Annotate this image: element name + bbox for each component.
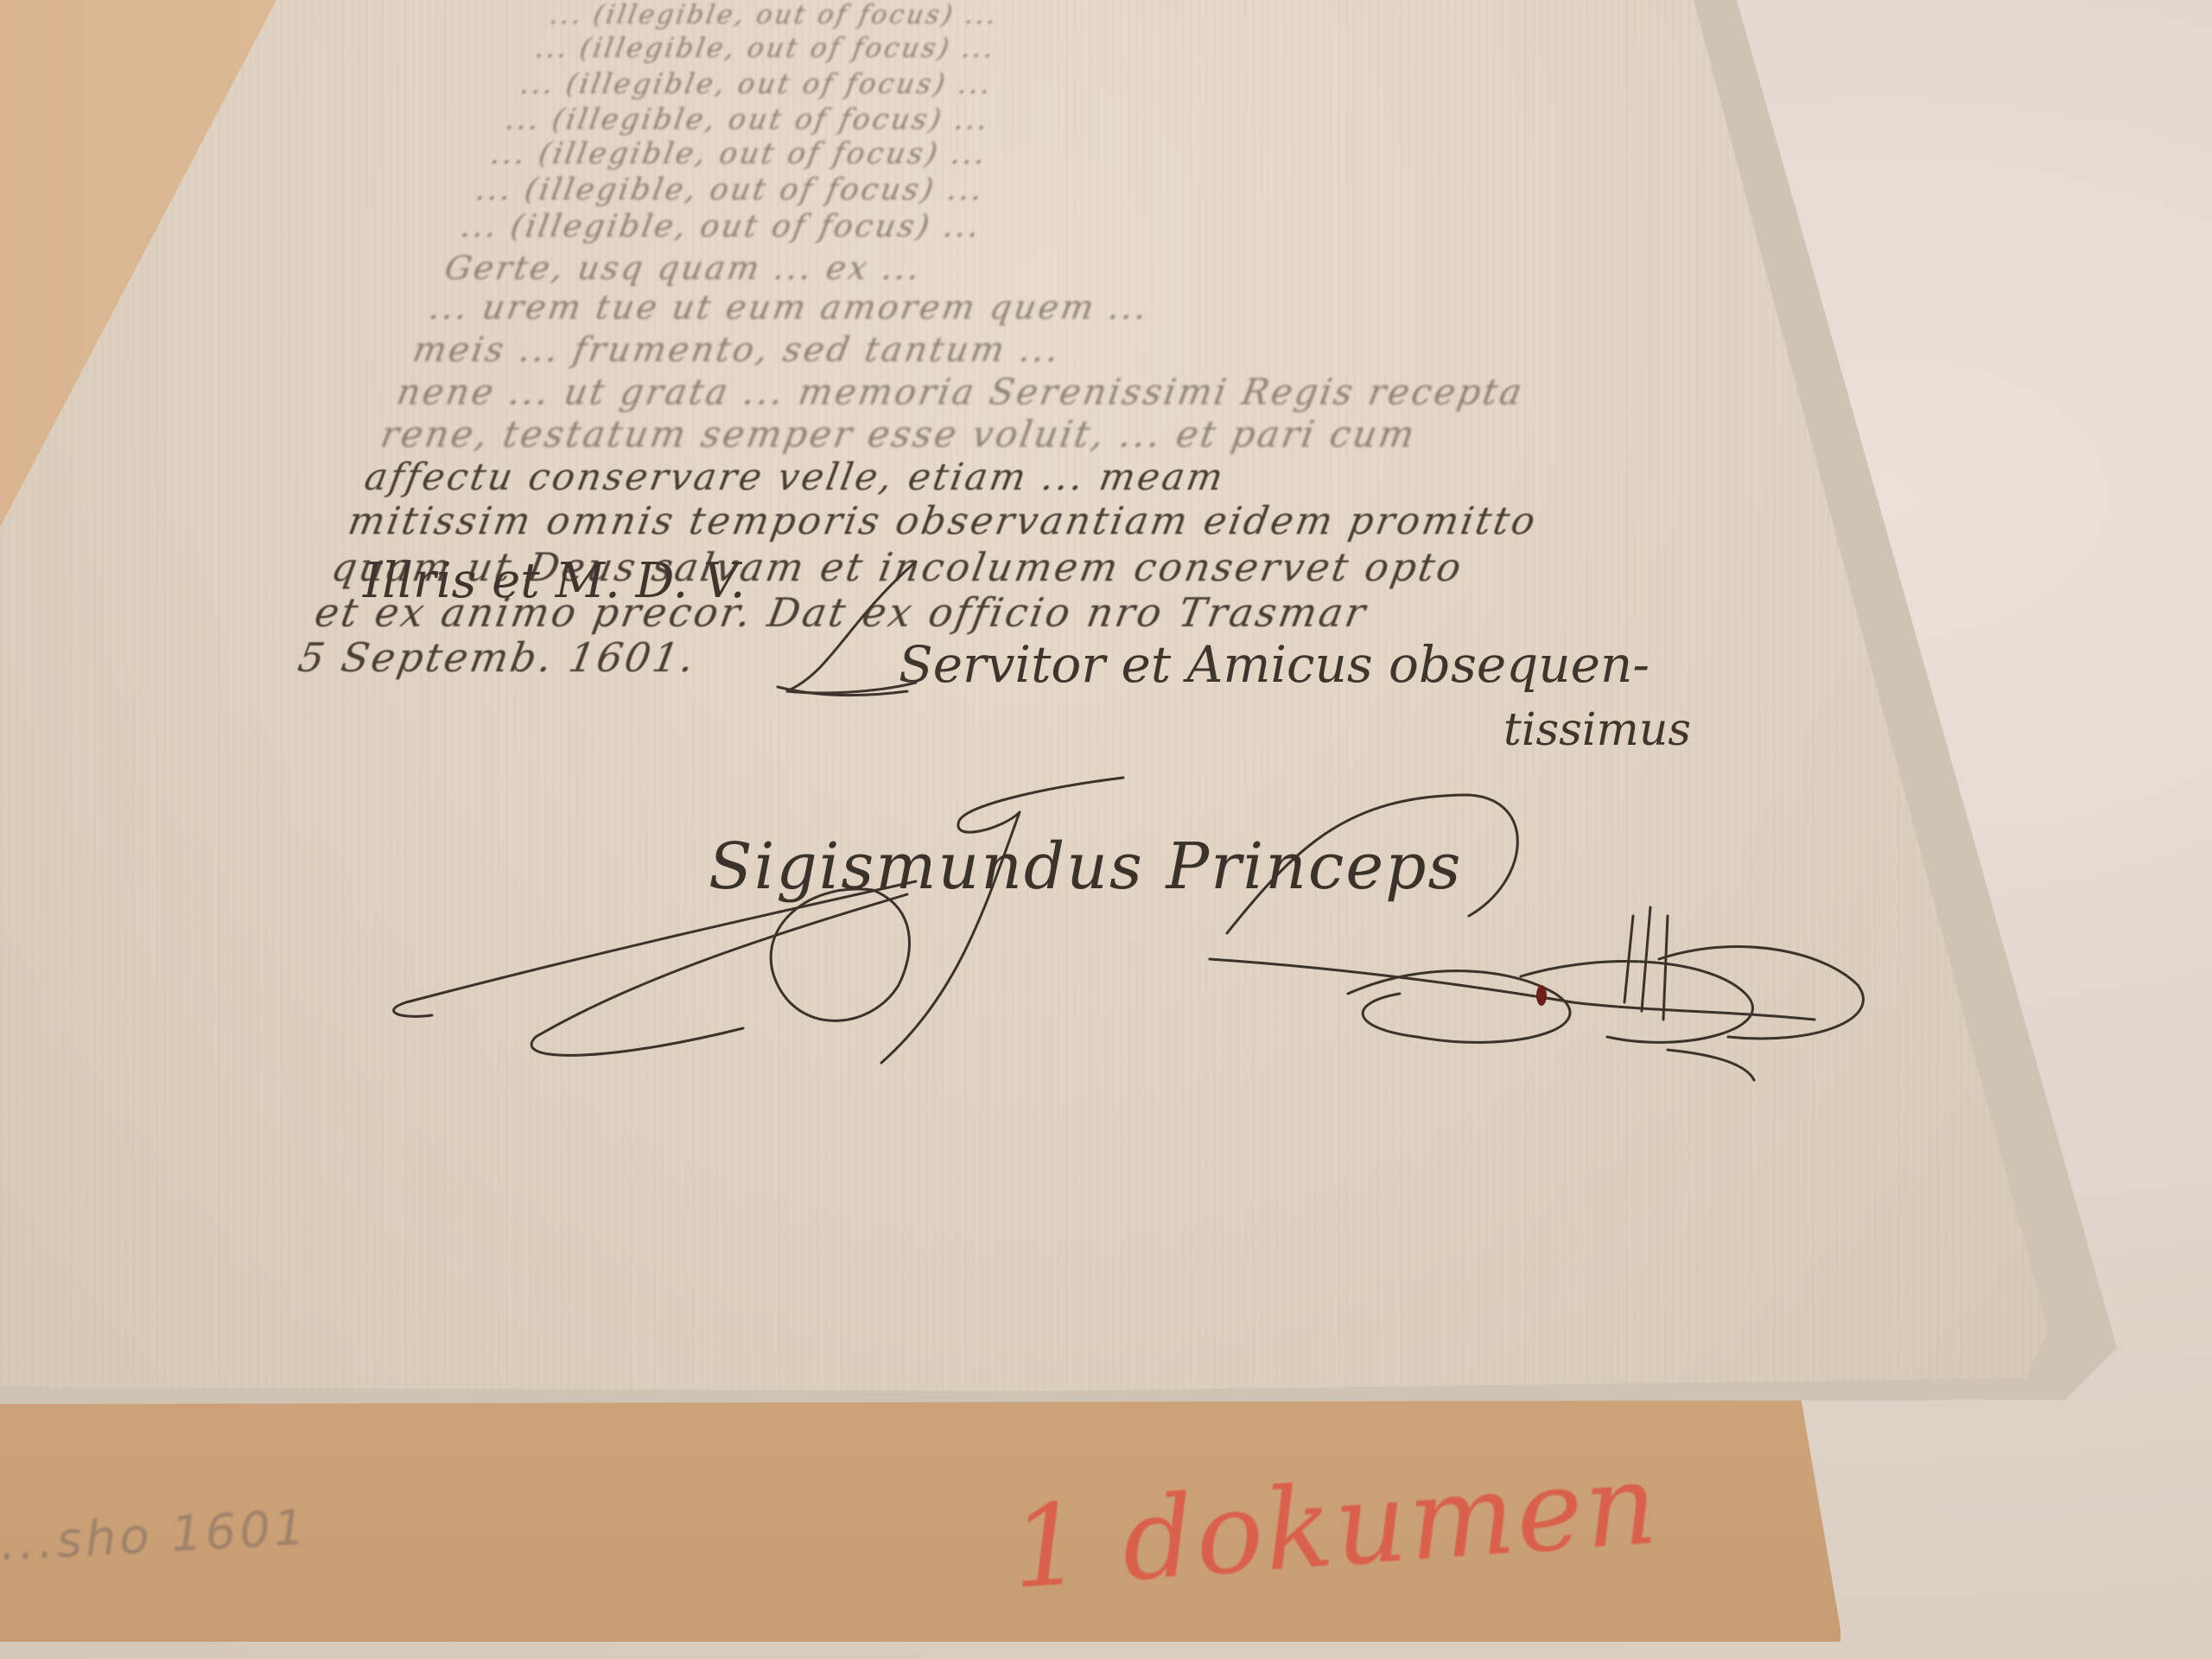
body-line: Gerte, usq quam ... ex ... — [442, 249, 925, 287]
body-line: ... (illegible, out of focus) ... — [458, 209, 984, 245]
body-line: ... (illegible, out of focus) ... — [488, 137, 990, 171]
body-line: ... (illegible, out of focus) ... — [533, 33, 998, 64]
body-line: nene ... ut grata ... memoria Serenissim… — [394, 372, 1528, 413]
body-line: rene, testatum semper esse voluit, ... e… — [378, 413, 1420, 455]
body-line: ... (illegible, out of focus) ... — [474, 173, 988, 207]
body-line: ... (illegible, out of focus) ... — [503, 102, 993, 136]
signature: Sigismundus Princeps — [709, 829, 1462, 904]
body-line: affectu conservare velle, etiam ... meam — [361, 456, 1229, 499]
red-wax-spot — [1536, 985, 1547, 1006]
dateline: 5 Septemb. 1601. — [295, 634, 700, 681]
body-line: mitissim omnis temporis observantiam eid… — [345, 499, 1541, 543]
body-line: ... (illegible, out of focus) ... — [548, 0, 1001, 30]
salutation-abbreviation: Illris et M. D. V. — [363, 553, 746, 609]
closing-line-2: tissimus — [1503, 704, 1691, 756]
body-line: meis ... frumento, sed tantum ... — [410, 330, 1065, 370]
body-line: ... (illegible, out of focus) ... — [518, 67, 996, 100]
closing-line-1: Servitor et Amicus obsequen- — [899, 635, 1649, 694]
body-line: ... urem tue ut eum amorem quem ... — [426, 289, 1152, 327]
